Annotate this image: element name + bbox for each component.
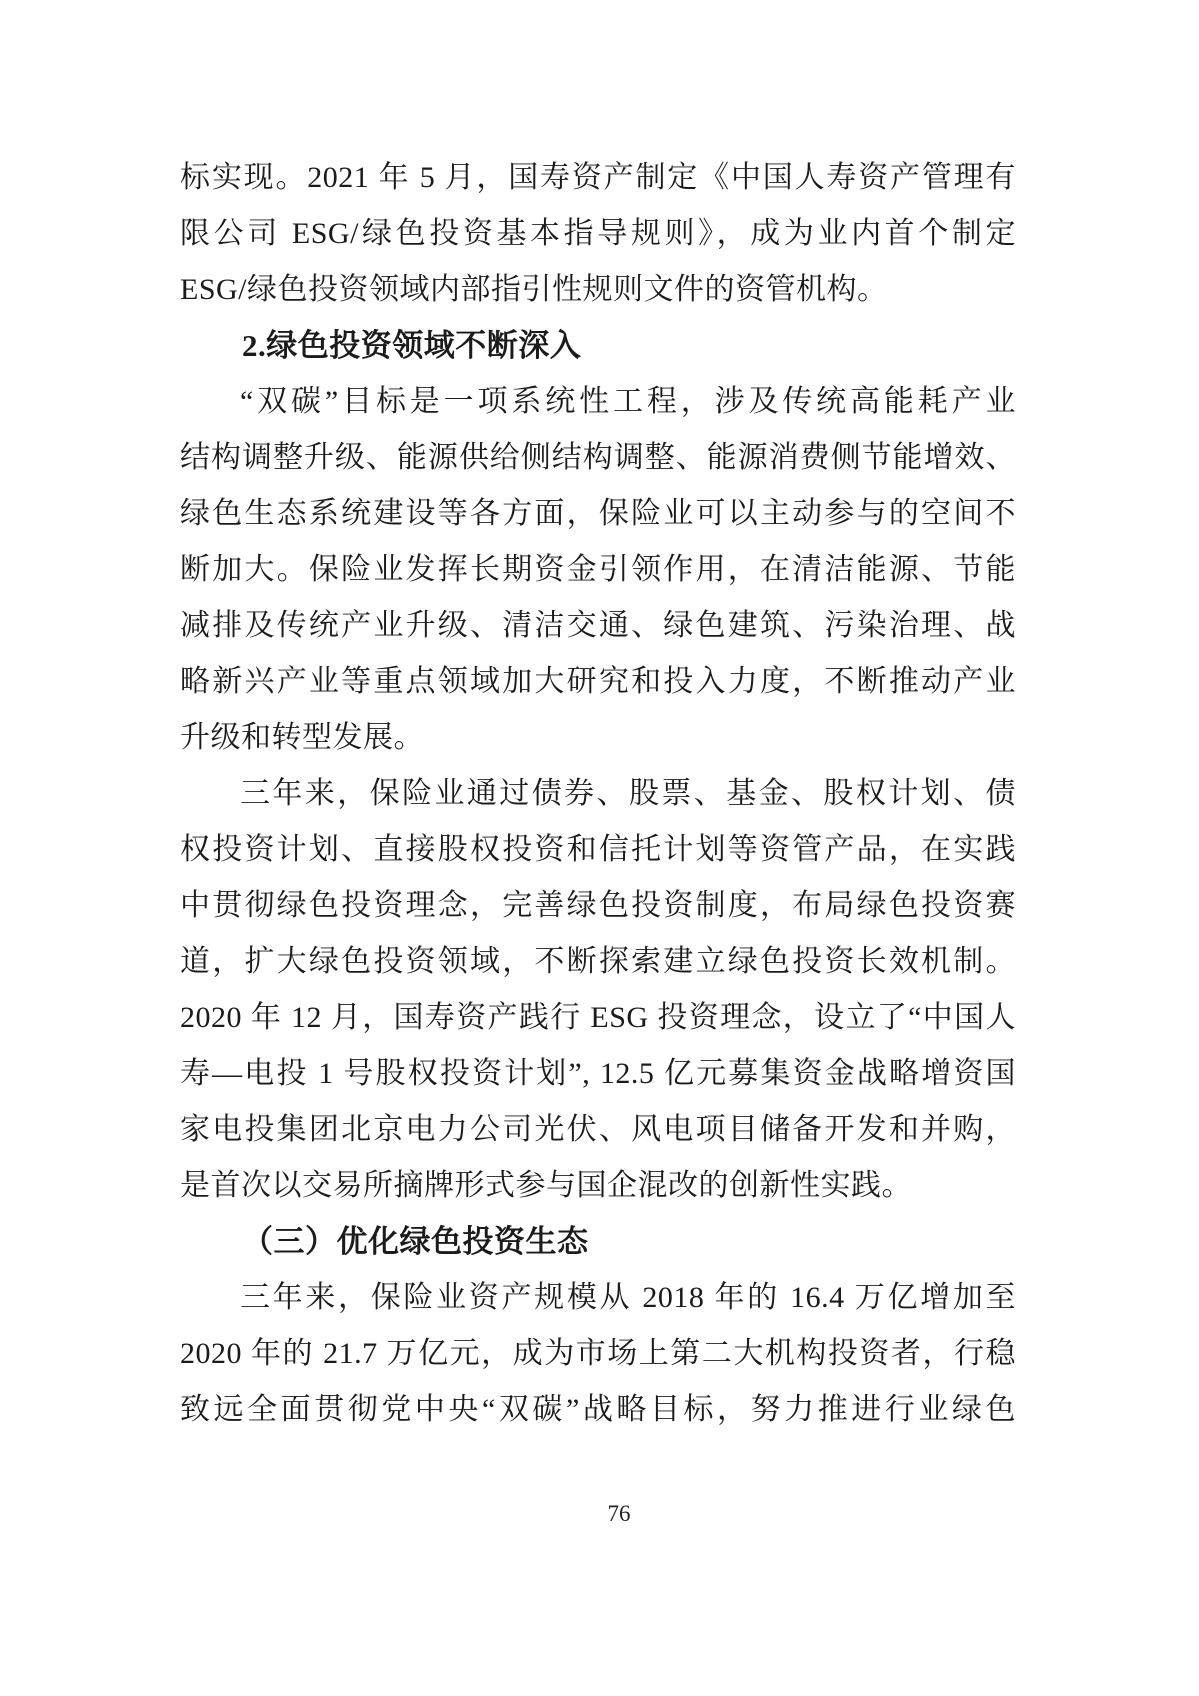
text-line: 略新兴产业等重点领域加大研究和投入力度，不断推动产业 bbox=[180, 654, 1016, 710]
document-page: 标实现。2021 年 5 月，国寿资产制定《中国人寿资产管理有限公司 ESG/绿… bbox=[0, 0, 1199, 1696]
page-number: 76 bbox=[608, 1501, 631, 1526]
page-footer: 76 bbox=[180, 1496, 1016, 1532]
section-heading: （三）优化绿色投资生态 bbox=[180, 1214, 1016, 1270]
text-line: “双碳”目标是一项系统性工程，涉及传统高能耗产业 bbox=[180, 374, 1016, 430]
text-line: 限公司 ESG/绿色投资基本指导规则》，成为业内首个制定 bbox=[180, 206, 1016, 262]
text-line: 断加大。保险业发挥长期资金引领作用，在清洁能源、节能 bbox=[180, 542, 1016, 598]
text-line: 三年来，保险业资产规模从 2018 年的 16.4 万亿增加至 bbox=[180, 1270, 1016, 1326]
text-line: 升级和转型发展。 bbox=[180, 710, 1016, 766]
text-line: 家电投集团北京电力公司光伏、风电项目储备开发和并购， bbox=[180, 1102, 1016, 1158]
text-column: 标实现。2021 年 5 月，国寿资产制定《中国人寿资产管理有限公司 ESG/绿… bbox=[180, 150, 1016, 1438]
text-line: 2020 年 12 月，国寿资产践行 ESG 投资理念，设立了“中国人 bbox=[180, 990, 1016, 1046]
text-line: 致远全面贯彻党中央“双碳”战略目标，努力推进行业绿色 bbox=[180, 1382, 1016, 1438]
text-line: ESG/绿色投资领域内部指引性规则文件的资管机构。 bbox=[180, 262, 1016, 318]
text-line: 绿色生态系统建设等各方面，保险业可以主动参与的空间不 bbox=[180, 486, 1016, 542]
text-line: 2020 年的 21.7 万亿元，成为市场上第二大机构投资者，行稳 bbox=[180, 1326, 1016, 1382]
text-line: 道，扩大绿色投资领域，不断探索建立绿色投资长效机制。 bbox=[180, 934, 1016, 990]
section-heading: 2.绿色投资领域不断深入 bbox=[180, 318, 1016, 374]
text-line: 寿—电投 1 号股权投资计划”, 12.5 亿元募集资金战略增资国 bbox=[180, 1046, 1016, 1102]
text-line: 权投资计划、直接股权投资和信托计划等资管产品，在实践 bbox=[180, 822, 1016, 878]
text-line: 是首次以交易所摘牌形式参与国企混改的创新性实践。 bbox=[180, 1158, 1016, 1214]
text-line: 结构调整升级、能源供给侧结构调整、能源消费侧节能增效、 bbox=[180, 430, 1016, 486]
text-line: 中贯彻绿色投资理念，完善绿色投资制度，布局绿色投资赛 bbox=[180, 878, 1016, 934]
text-line: 减排及传统产业升级、清洁交通、绿色建筑、污染治理、战 bbox=[180, 598, 1016, 654]
text-line: 标实现。2021 年 5 月，国寿资产制定《中国人寿资产管理有 bbox=[180, 150, 1016, 206]
text-line: 三年来，保险业通过债券、股票、基金、股权计划、债 bbox=[180, 766, 1016, 822]
